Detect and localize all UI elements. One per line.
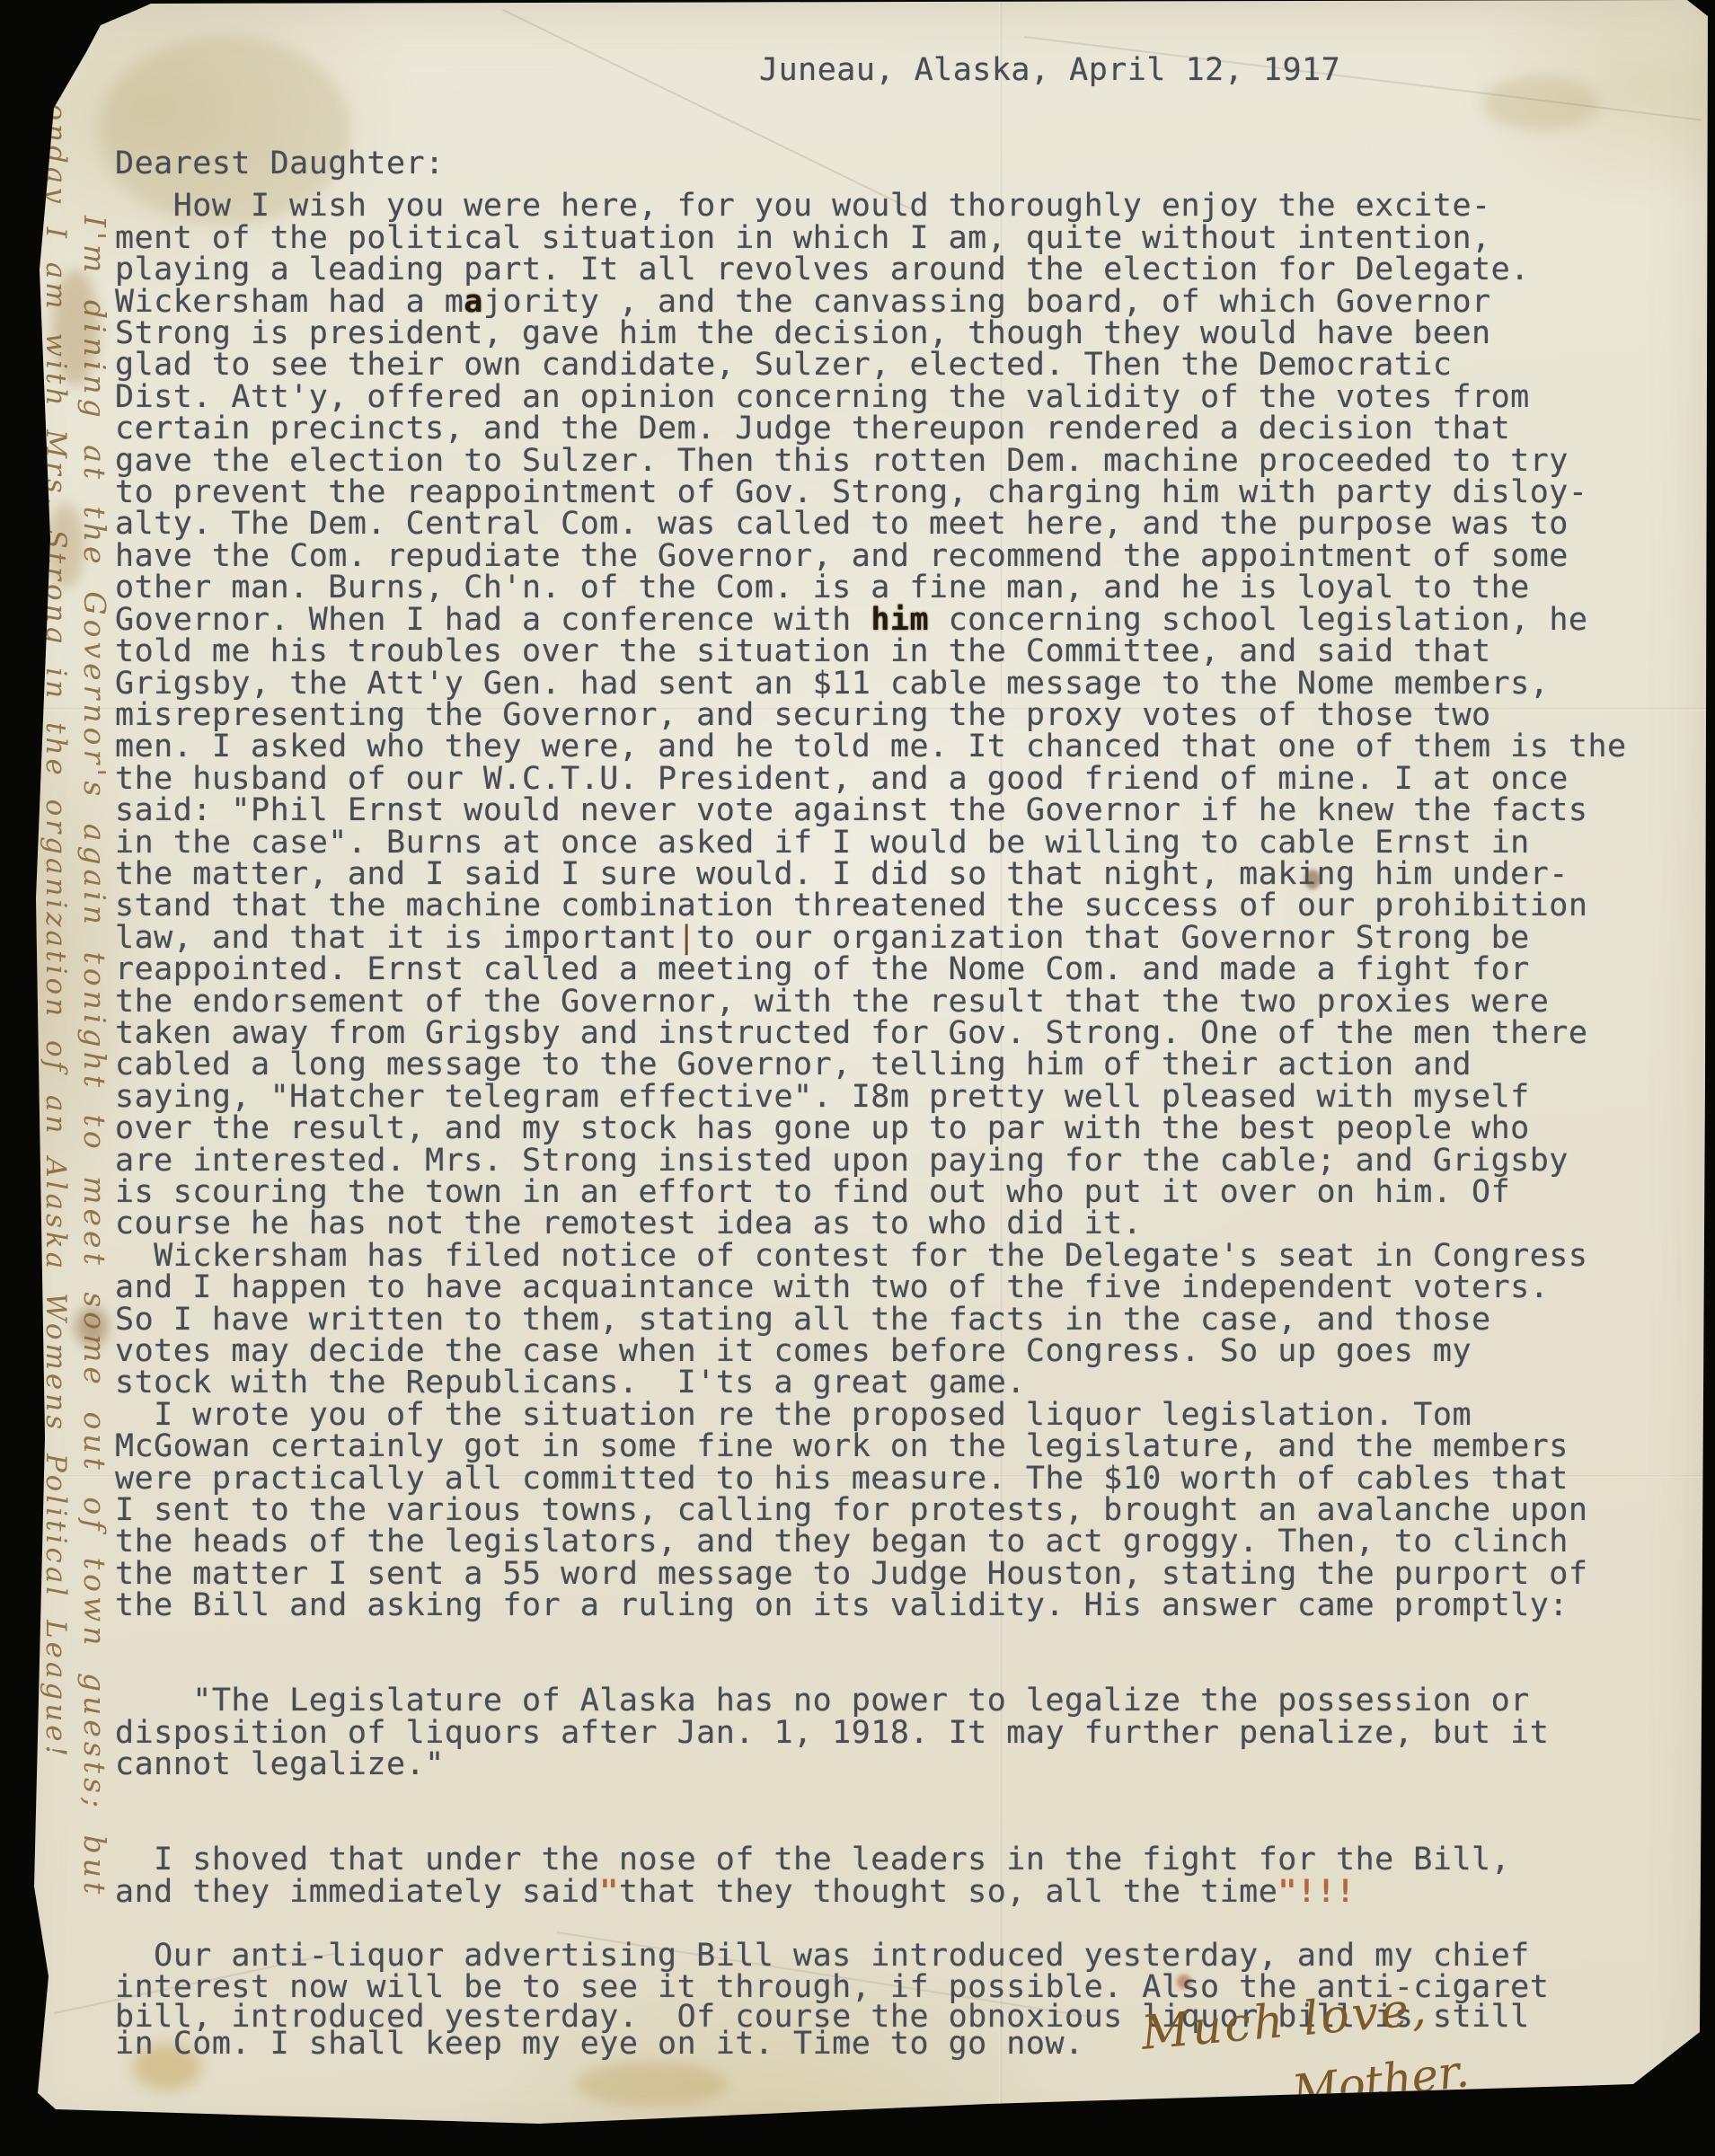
letter-line: men. I asked who they were, and he told … [115, 731, 1627, 763]
letter-line: gave the election to Sulzer. Then this r… [115, 446, 1627, 477]
letter-line: and I happen to have acquaintance with t… [115, 1272, 1627, 1303]
letter-line [115, 1781, 1627, 1813]
letter-line: the endorsement of the Governor, with th… [115, 986, 1627, 1018]
letter-line: stock with the Republicans. I'ts a great… [115, 1367, 1627, 1399]
letter-line: reappointed. Ernst called a meeting of t… [115, 954, 1627, 985]
letter-line: to prevent the reappointment of Gov. Str… [115, 477, 1627, 508]
letter-line: told me his troubles over the situation … [115, 636, 1627, 667]
paper-stain [1482, 76, 1599, 130]
letter-line: is scouring the town in an effort to fin… [115, 1177, 1627, 1208]
letter-line: I shoved that under the nose of the lead… [115, 1844, 1627, 1876]
letter-line: I sent to the various towns, calling for… [115, 1495, 1627, 1526]
letter-line: I wrote you of the situation re the prop… [115, 1400, 1627, 1431]
letter-line: in the case". Burns at once asked if I w… [115, 827, 1627, 859]
letter-line: How I wish you were here, for you would … [115, 190, 1627, 222]
letter-dateline: Juneau, Alaska, April 12, 1917 [759, 52, 1340, 88]
letter-line: other man. Burns, Ch'n. of the Com. is a… [115, 572, 1627, 604]
letter-line: course he has not the remotest idea as t… [115, 1208, 1627, 1240]
letter-line: over the result, and my stock has gone u… [115, 1113, 1627, 1144]
letter-line: Strong is president, gave him the decisi… [115, 318, 1627, 349]
signature-block: Much love, Mother. [1141, 1993, 1470, 2107]
letter-line: the matter, and I said I sure would. I d… [115, 859, 1627, 890]
letter-line: playing a leading part. It all revolves … [115, 254, 1627, 286]
letter-line: Our anti-liquor advertising Bill was int… [115, 1940, 1627, 1972]
letter-line [115, 1654, 1627, 1685]
letter-line: cabled a long message to the Governor, t… [115, 1049, 1627, 1081]
letter-line: the matter I sent a 55 word message to J… [115, 1559, 1627, 1590]
paper-stain [575, 2062, 728, 2107]
letter-line: certain precincts, and the Dem. Judge th… [115, 413, 1627, 445]
letter-line [115, 1908, 1627, 1940]
letter-line: said: "Phil Ernst would never vote again… [115, 795, 1627, 826]
letter-line: Grigsby, the Att'y Gen. had sent an $11 … [115, 668, 1627, 700]
letter-line: "The Legislature of Alaska has no power … [115, 1685, 1627, 1717]
scan-background: Juneau, Alaska, April 12, 1917 Dearest D… [0, 0, 1715, 2156]
letter-line: saying, "Hatcher telegram effective". I8… [115, 1082, 1627, 1113]
letter-line: Wickersham had a majority , and the canv… [115, 287, 1627, 318]
letter-line: cannot legalize." [115, 1749, 1627, 1780]
letter-line: Wickersham has filed notice of contest f… [115, 1241, 1627, 1272]
letter-page: Juneau, Alaska, April 12, 1917 Dearest D… [0, 0, 1715, 2156]
signature-name: Mother. [1289, 2045, 1472, 2118]
letter-line [115, 1813, 1627, 1844]
letter-line: and they immediately said"that they thou… [115, 1877, 1627, 1908]
letter-line: taken away from Grigsby and instructed f… [115, 1018, 1627, 1049]
letter-line: the Bill and asking for a ruling on its … [115, 1590, 1627, 1621]
letter-line: have the Com. repudiate the Governor, an… [115, 541, 1627, 572]
letter-line: law, and that it is important|to our org… [115, 923, 1627, 954]
letter-line [115, 1622, 1627, 1654]
letter-line: Governor. When I had a conference with h… [115, 605, 1627, 636]
letter-line: glad to see their own candidate, Sulzer,… [115, 349, 1627, 381]
letter-line: So I have written to them, stating all t… [115, 1304, 1627, 1336]
margin-note: I'm dining at the Governor's again tonig… [40, 63, 112, 2147]
letter-line: the heads of the legislators, and they b… [115, 1526, 1627, 1558]
letter-line: the husband of our W.C.T.U. President, a… [115, 764, 1627, 795]
letter-line: McGowan certainly got in some fine work … [115, 1431, 1627, 1462]
letter-salutation: Dearest Daughter: [115, 148, 1627, 180]
letter-line: stand that the machine combination threa… [115, 890, 1627, 922]
letter-line: Dist. Att'y, offered an opinion concerni… [115, 382, 1627, 413]
letter-line: alty. The Dem. Central Com. was called t… [115, 508, 1627, 540]
margin-note-line: monday I am with Mrs. Strong in the orga… [40, 63, 72, 2147]
letter-line: were practically all committed to his me… [115, 1463, 1627, 1495]
letter-line: disposition of liquors after Jan. 1, 191… [115, 1718, 1627, 1749]
letter-line: misrepresenting the Governor, and securi… [115, 700, 1627, 731]
letter-line: votes may decide the case when it comes … [115, 1336, 1627, 1367]
letter-paragraphs: How I wish you were here, for you would … [115, 190, 1627, 2057]
letter-line: ment of the political situation in which… [115, 223, 1627, 254]
margin-note-line: I'm dining at the Governor's again tonig… [77, 63, 112, 2147]
letter-line: are interested. Mrs. Strong insisted upo… [115, 1145, 1627, 1177]
letter-body: Dearest Daughter: How I wish you were he… [115, 148, 1627, 2057]
